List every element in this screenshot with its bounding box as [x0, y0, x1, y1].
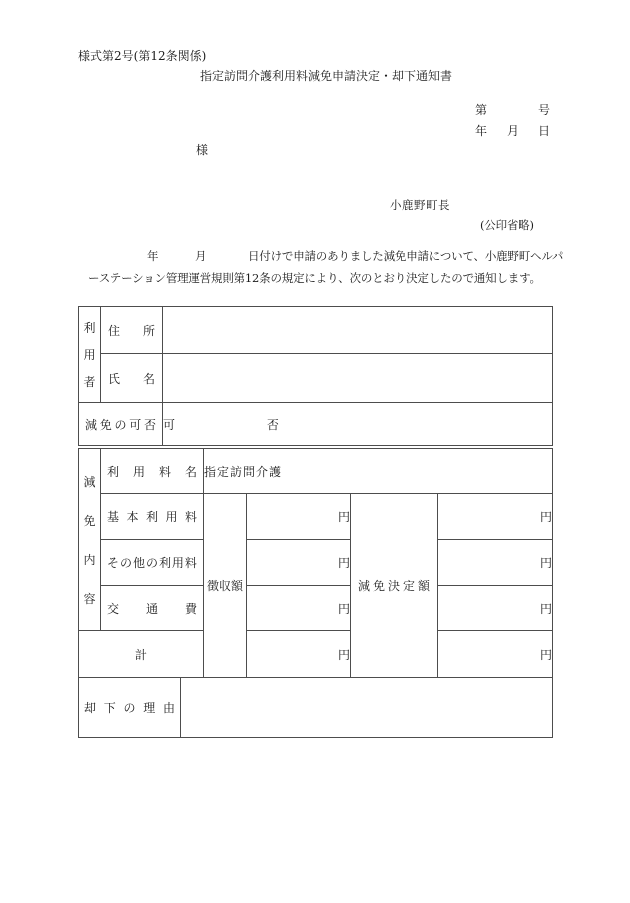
name-label: 氏名: [101, 370, 162, 387]
basic-fee-label: 基本利用料: [101, 508, 203, 525]
yen-label: 円: [540, 602, 552, 616]
total-label-cell: 計: [79, 631, 204, 678]
yen-label: 円: [338, 556, 350, 570]
yen-label: 円: [338, 648, 350, 662]
total-decided-cell: 円: [438, 631, 553, 678]
transport-fee-label: 交通費: [101, 600, 203, 617]
total-collected-cell: 円: [247, 631, 351, 678]
user-group-label: 利用者: [79, 309, 100, 401]
other-fee-label: その他の利用料: [101, 554, 203, 571]
body-line1-rest: 日付けで申請のありました減免申請について、小鹿野町ヘルパ: [248, 249, 563, 263]
other-fee-collected-cell: 円: [247, 540, 351, 586]
sender-name: 小鹿野町長: [390, 198, 450, 212]
user-group-cell: 利用者: [79, 307, 101, 403]
rejection-reason-label: 却下の理由: [79, 699, 180, 716]
approval-label-cell: 減免の可否: [79, 403, 163, 446]
rejection-reason-value-cell: [181, 678, 553, 738]
date-month-label: 月: [507, 124, 519, 138]
fee-name-label: 利用料名: [101, 463, 203, 480]
applicant-table: 利用者 住所 氏名 減免の可否 可 否: [78, 306, 553, 446]
fee-name-value-cell: 指定訪問介護: [204, 449, 553, 494]
document-page: 様式第2号(第12条関係) 指定訪問介護利用料減免申請決定・却下通知書 第 号 …: [0, 0, 630, 903]
basic-fee-decided-cell: 円: [438, 494, 553, 540]
rejection-label-cell: 却下の理由: [79, 678, 181, 738]
transport-fee-collected-cell: 円: [247, 586, 351, 631]
form-id-line: 様式第2号(第12条関係): [78, 49, 206, 63]
address-value-cell: [163, 307, 553, 354]
date-year-label: 年: [475, 124, 487, 138]
approval-options-cell: 可 否: [163, 403, 553, 446]
detail-table: 減免内容 利用料名 指定訪問介護 基本利用料 徴収額 円 減免決定額 円 その他…: [78, 448, 553, 738]
yen-label: 円: [338, 510, 350, 524]
yen-label: 円: [338, 602, 350, 616]
basic-fee-collected-cell: 円: [247, 494, 351, 540]
body-line1-year: 年: [147, 249, 158, 263]
transport-fee-label-cell: 交通費: [101, 586, 204, 631]
collected-amount-header: 徴収額: [204, 494, 247, 678]
address-label-cell: 住所: [101, 307, 163, 354]
date-day-label: 日: [538, 124, 550, 138]
seal-note: (公印省略): [480, 218, 534, 232]
decided-amount-header: 減免決定額: [351, 494, 438, 678]
yen-label: 円: [540, 648, 552, 662]
detail-group-cell: 減免内容: [79, 449, 101, 631]
addressee-suffix: 様: [196, 143, 208, 157]
name-value-cell: [163, 354, 553, 403]
approval-yes-option: 可: [163, 418, 175, 432]
detail-group-label: 減免内容: [79, 451, 100, 629]
name-label-cell: 氏名: [101, 354, 163, 403]
yen-label: 円: [540, 510, 552, 524]
transport-fee-decided-cell: 円: [438, 586, 553, 631]
yen-label: 円: [540, 556, 552, 570]
approval-label: 減免の可否: [79, 416, 162, 433]
address-label: 住所: [101, 322, 162, 339]
basic-fee-label-cell: 基本利用料: [101, 494, 204, 540]
body-line-2: ーステーション管理運営規則第12条の規定により、次のとおり決定したので通知します…: [88, 271, 541, 285]
fee-name-label-cell: 利用料名: [101, 449, 204, 494]
doc-number-suffix: 号: [538, 103, 550, 117]
doc-number-prefix: 第: [475, 103, 487, 117]
document-title: 指定訪問介護利用料減免申請決定・却下通知書: [200, 69, 452, 83]
body-line1-month: 月: [195, 249, 206, 263]
other-fee-decided-cell: 円: [438, 540, 553, 586]
other-fee-label-cell: その他の利用料: [101, 540, 204, 586]
approval-no-option: 否: [267, 418, 279, 432]
